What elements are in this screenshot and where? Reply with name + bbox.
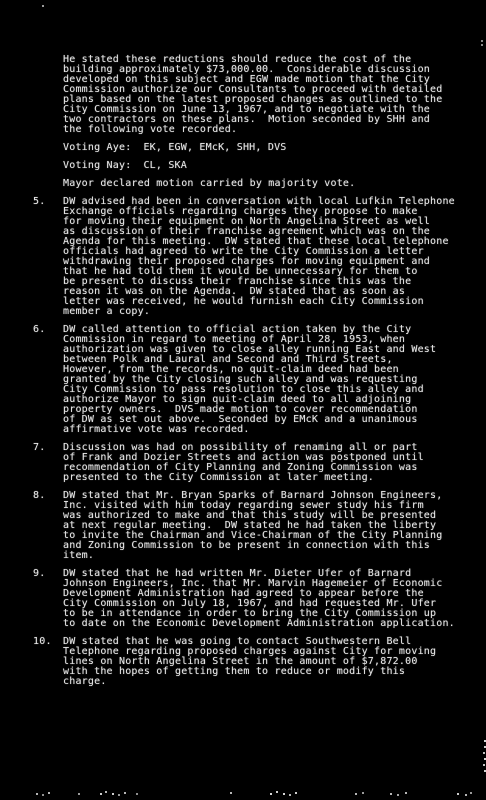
item-text: DW called attention to official action t…: [63, 325, 460, 435]
item-text: DW stated that he had written Mr. Dieter…: [63, 569, 460, 629]
agenda-item-10: 10. DW stated that he was going to conta…: [63, 637, 460, 687]
agenda-item-8: 8. DW stated that Mr. Bryan Sparks of Ba…: [63, 491, 460, 561]
voting-aye-label: Voting Aye:: [63, 142, 131, 153]
item-text: DW stated that he was going to contact S…: [63, 637, 460, 687]
meeting-minutes-text: He stated these reductions should reduce…: [63, 55, 460, 695]
item-text: DW stated that Mr. Bryan Sparks of Barna…: [63, 491, 460, 561]
motion-result-line: Mayor declared motion carried by majorit…: [63, 179, 460, 189]
item-number: 10.: [33, 637, 61, 647]
scan-noise-dot: [42, 5, 44, 7]
agenda-item-9: 9. DW stated that he had written Mr. Die…: [63, 569, 460, 629]
voting-nay-label: Voting Nay:: [63, 160, 131, 171]
item-text: Discussion was had on possibility of ren…: [63, 443, 460, 483]
voting-aye-line: Voting Aye:EK, EGW, EMcK, SHH, DVS: [63, 143, 460, 153]
agenda-item-7: 7. Discussion was had on possibility of …: [63, 443, 460, 483]
voting-nay-line: Voting Nay:CL, SKA: [63, 161, 460, 171]
item-number: 6.: [33, 325, 61, 335]
item-number: 5.: [33, 197, 61, 207]
item-number: 7.: [33, 443, 61, 453]
item-number: 8.: [33, 491, 61, 501]
voting-nay-values: CL, SKA: [143, 160, 187, 171]
item-number: 9.: [33, 569, 61, 579]
agenda-item-6: 6. DW called attention to official actio…: [63, 325, 460, 435]
intro-paragraph: He stated these reductions should reduce…: [63, 55, 460, 135]
scanned-minutes-page: He stated these reductions should reduce…: [0, 0, 486, 800]
item-text: DW advised had been in conversation with…: [63, 197, 460, 317]
agenda-item-5: 5. DW advised had been in conversation w…: [63, 197, 460, 317]
scan-noise-bottom-row: [0, 792, 2, 794]
voting-aye-values: EK, EGW, EMcK, SHH, DVS: [143, 142, 286, 153]
